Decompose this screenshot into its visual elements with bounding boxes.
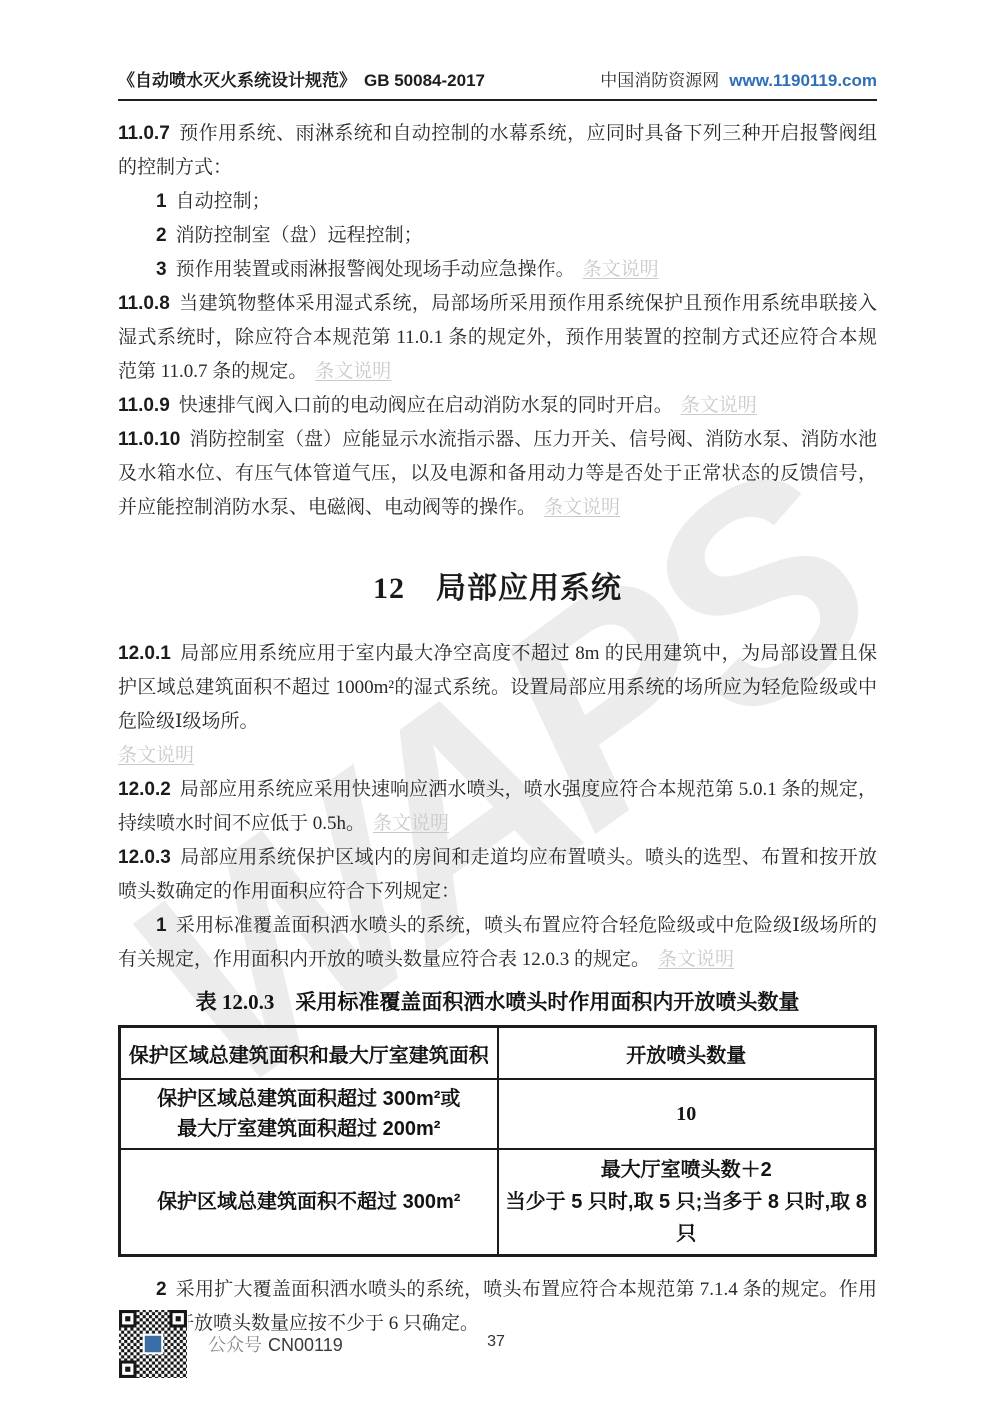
clause-12-0-3: 12.0.3局部应用系统保护区域内的房间和走道均应布置喷头。喷头的选型、布置和按… xyxy=(118,841,877,909)
document-page: WAPS 《自动喷水灭火系统设计规范》GB 50084-2017 中国消防资源网… xyxy=(0,0,992,1403)
clause-11-0-10: 11.0.10消防控制室（盘）应能显示水流指示器、压力开关、信号阀、消防水泵、消… xyxy=(118,423,877,525)
clause-text: 局部应用系统应用于室内最大净空高度不超过 8m 的民用建筑中，为局部设置且保护区… xyxy=(118,643,877,732)
item-number: 1 xyxy=(156,915,167,936)
clause-11-0-9: 11.0.9快速排气阀入口前的电动阀应在启动消防水泵的同时开启。条文说明 xyxy=(118,389,877,423)
value-line: 当少于 5 只时,取 5 只;当多于 8 只时,取 8 只 xyxy=(505,1186,869,1250)
table-cell-value-1: 10 xyxy=(498,1079,876,1149)
document-title-group: 《自动喷水灭火系统设计规范》GB 50084-2017 xyxy=(118,70,485,92)
explanation-link[interactable]: 条文说明 xyxy=(681,395,757,416)
condition-line: 最大厅室建筑面积超过 200m² xyxy=(127,1114,491,1144)
table-title: 表 12.0.3 采用标准覆盖面积洒水喷头时作用面积内开放喷头数量 xyxy=(118,987,877,1017)
clause-11-0-8: 11.0.8当建筑物整体采用湿式系统，局部场所采用预作用系统保护且预作用系统串联… xyxy=(118,287,877,389)
page-content: 《自动喷水灭火系统设计规范》GB 50084-2017 中国消防资源网www.1… xyxy=(0,0,992,1341)
site-name: 中国消防资源网 xyxy=(600,71,719,90)
clause-number: 12.0.1 xyxy=(118,643,171,664)
item-number: 2 xyxy=(156,1279,167,1300)
clause-11-0-7-item-1: 1自动控制； xyxy=(118,185,877,219)
clause-12-0-1-link-row: 条文说明 xyxy=(118,739,877,773)
clause-text: 快速排气阀入口前的电动阀应在启动消防水泵的同时开启。 xyxy=(179,395,673,416)
table-header-cell-area: 保护区域总建筑面积和最大厅室建筑面积 xyxy=(120,1027,498,1080)
clause-text: 预作用系统、雨淋系统和自动控制的水幕系统，应同时具备下列三种开启报警阀组的控制方… xyxy=(118,123,877,178)
clause-number: 11.0.8 xyxy=(118,293,170,314)
table-header-cell-count: 开放喷头数量 xyxy=(498,1027,876,1080)
chapter-heading: 12 局部应用系统 xyxy=(118,569,877,609)
clause-text: 当建筑物整体采用湿式系统，局部场所采用预作用系统保护且预作用系统串联接入湿式系统… xyxy=(118,293,877,382)
clause-11-0-7: 11.0.7预作用系统、雨淋系统和自动控制的水幕系统，应同时具备下列三种开启报警… xyxy=(118,117,877,185)
value-line: 最大厅室喷头数＋2 xyxy=(505,1154,869,1186)
table-cell-condition-2: 保护区域总建筑面积不超过 300m² xyxy=(120,1149,498,1256)
clause-text: 消防控制室（盘）应能显示水流指示器、压力开关、信号阀、消防水泵、消防水池及水箱水… xyxy=(118,429,877,518)
item-number: 1 xyxy=(156,191,167,212)
table-row-1: 保护区域总建筑面积超过 300m²或 最大厅室建筑面积超过 200m² 10 xyxy=(120,1079,876,1149)
item-number: 3 xyxy=(156,259,167,280)
site-url-link[interactable]: www.1190119.com xyxy=(729,71,877,90)
clause-text: 局部应用系统保护区域内的房间和走道均应布置喷头。喷头的选型、布置和按开放喷头数确… xyxy=(118,847,877,902)
item-text: 采用标准覆盖面积洒水喷头的系统，喷头布置应符合轻危险级或中危险级Ⅰ级场所的有关规… xyxy=(118,915,877,970)
explanation-link[interactable]: 条文说明 xyxy=(118,739,194,773)
document-title: 《自动喷水灭火系统设计规范》 xyxy=(118,71,356,90)
explanation-link[interactable]: 条文说明 xyxy=(583,259,659,280)
item-text: 消防控制室（盘）远程控制； xyxy=(176,225,423,246)
table-header-row: 保护区域总建筑面积和最大厅室建筑面积 开放喷头数量 xyxy=(120,1027,876,1080)
clause-11-0-7-item-2: 2消防控制室（盘）远程控制； xyxy=(118,219,877,253)
explanation-link[interactable]: 条文说明 xyxy=(315,361,391,382)
clause-12-0-3-item-1: 1采用标准覆盖面积洒水喷头的系统，喷头布置应符合轻危险级或中危险级Ⅰ级场所的有关… xyxy=(118,909,877,977)
clause-number: 11.0.9 xyxy=(118,395,170,416)
site-group: 中国消防资源网www.1190119.com xyxy=(600,70,877,92)
table-cell-condition-1: 保护区域总建筑面积超过 300m²或 最大厅室建筑面积超过 200m² xyxy=(120,1079,498,1149)
clause-11-0-7-item-3: 3预作用装置或雨淋报警阀处现场手动应急操作。条文说明 xyxy=(118,253,877,287)
clause-12-0-2: 12.0.2局部应用系统应采用快速响应洒水喷头，喷水强度应符合本规范第 5.0.… xyxy=(118,773,877,841)
standard-code: GB 50084-2017 xyxy=(364,71,485,90)
clause-number: 12.0.2 xyxy=(118,779,171,800)
item-number: 2 xyxy=(156,225,167,246)
page-number: 37 xyxy=(0,1333,992,1351)
table-row-2: 保护区域总建筑面积不超过 300m² 最大厅室喷头数＋2 当少于 5 只时,取 … xyxy=(120,1149,876,1256)
clause-number: 12.0.3 xyxy=(118,847,171,868)
clause-number: 11.0.10 xyxy=(118,429,180,450)
condition-line: 保护区域总建筑面积超过 300m²或 xyxy=(127,1084,491,1114)
item-text: 自动控制； xyxy=(176,191,271,212)
item-text: 预作用装置或雨淋报警阀处现场手动应急操作。 xyxy=(176,259,575,280)
table-cell-value-2: 最大厅室喷头数＋2 当少于 5 只时,取 5 只;当多于 8 只时,取 8 只 xyxy=(498,1149,876,1256)
clause-12-0-1: 12.0.1局部应用系统应用于室内最大净空高度不超过 8m 的民用建筑中，为局部… xyxy=(118,637,877,739)
table-12-0-3: 保护区域总建筑面积和最大厅室建筑面积 开放喷头数量 保护区域总建筑面积超过 30… xyxy=(118,1025,877,1257)
clause-number: 11.0.7 xyxy=(118,123,170,144)
explanation-link[interactable]: 条文说明 xyxy=(544,497,620,518)
clause-text: 局部应用系统应采用快速响应洒水喷头，喷水强度应符合本规范第 5.0.1 条的规定… xyxy=(118,779,877,834)
document-header: 《自动喷水灭火系统设计规范》GB 50084-2017 中国消防资源网www.1… xyxy=(118,70,877,101)
explanation-link[interactable]: 条文说明 xyxy=(658,949,734,970)
explanation-link[interactable]: 条文说明 xyxy=(373,813,449,834)
